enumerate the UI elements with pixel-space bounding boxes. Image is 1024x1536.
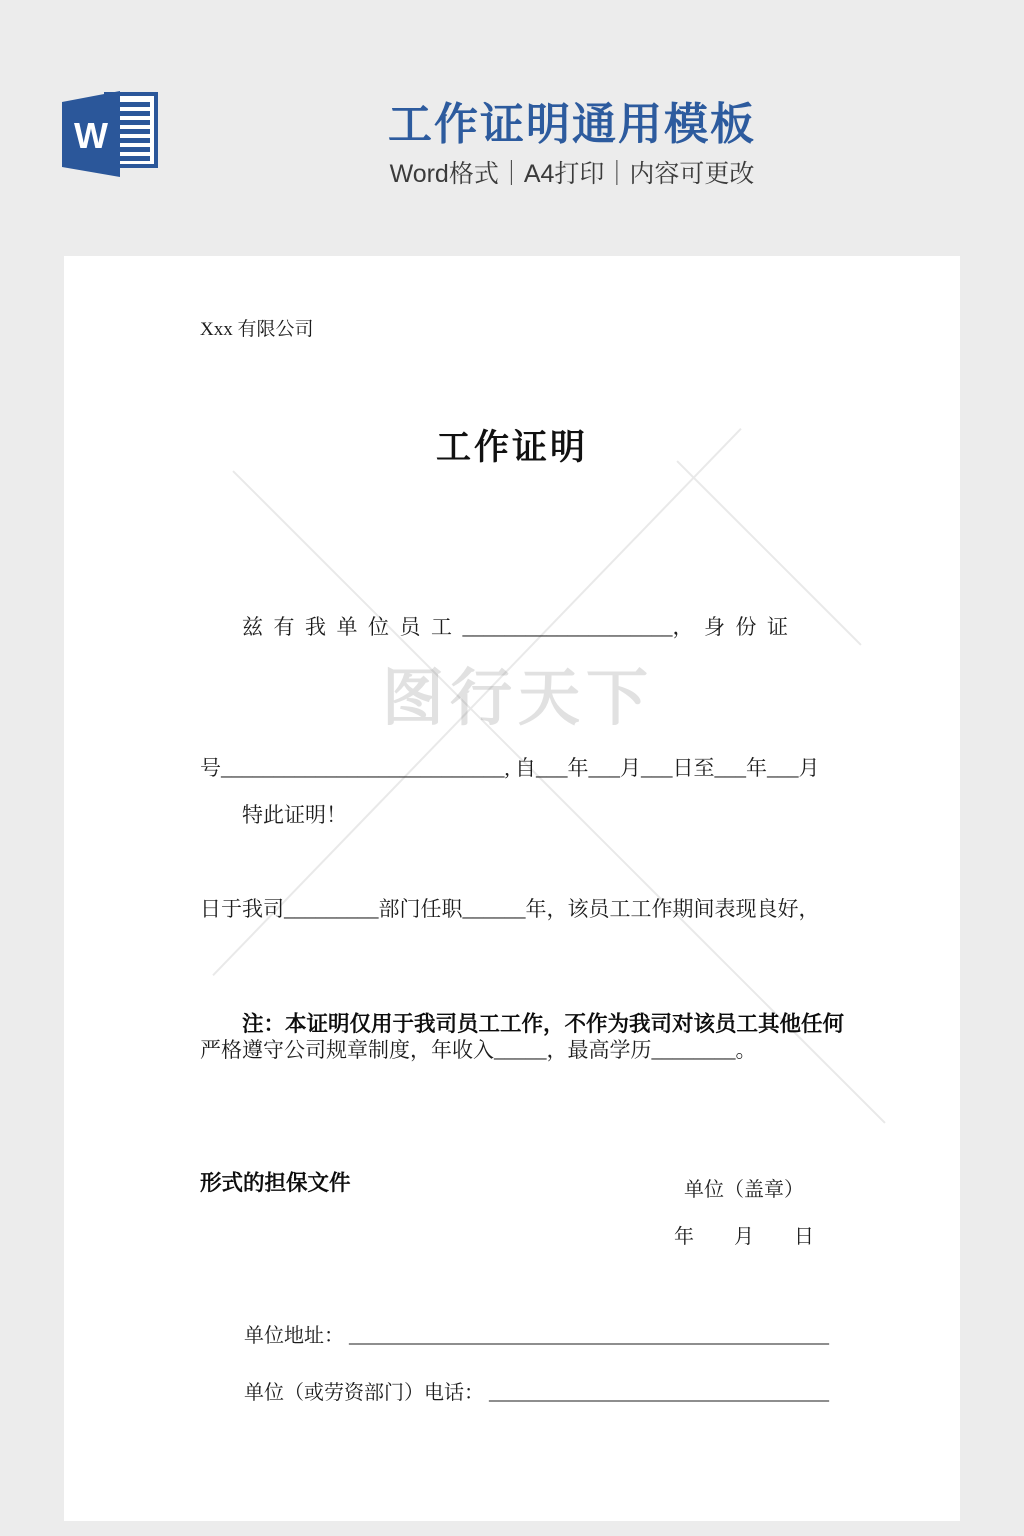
note-line: 注：本证明仅用于我司员工工作，不作为我司对该员工其他任何: [200, 998, 900, 1051]
certify-line: 特此证明！: [200, 799, 347, 829]
header-subtitle: Word格式｜A4打印｜内容可更改: [120, 154, 1024, 190]
seal-line: 单位（盖章）: [684, 1173, 804, 1202]
phone-line: 单位（或劳资部门）电话： ___________________________…: [244, 1376, 829, 1405]
body-line: 兹 有 我 单 位 员 工 ____________________， 身 份 …: [200, 604, 880, 651]
body-line: 号___________________________, 自___年___月_…: [200, 745, 880, 792]
header: W 工作证明通用模板 Word格式｜A4打印｜内容可更改: [0, 0, 1024, 256]
word-icon-letter: W: [74, 115, 108, 156]
header-title: 工作证明通用模板: [120, 88, 1024, 152]
date-line: 年 月 日: [674, 1220, 814, 1249]
address-line: 单位地址： __________________________________…: [244, 1319, 829, 1348]
company-name: Xxx 有限公司: [200, 314, 313, 341]
template-preview: W 工作证明通用模板 Word格式｜A4打印｜内容可更改 图行天下 Xxx 有限…: [0, 0, 1024, 1536]
document-title: 工作证明: [64, 420, 960, 470]
document-page: 图行天下 Xxx 有限公司 工作证明 兹 有 我 单 位 员 工 _______…: [64, 256, 960, 1521]
note-paragraph: 注：本证明仅用于我司员工工作，不作为我司对该员工其他任何 形式的担保文件: [200, 892, 900, 1316]
